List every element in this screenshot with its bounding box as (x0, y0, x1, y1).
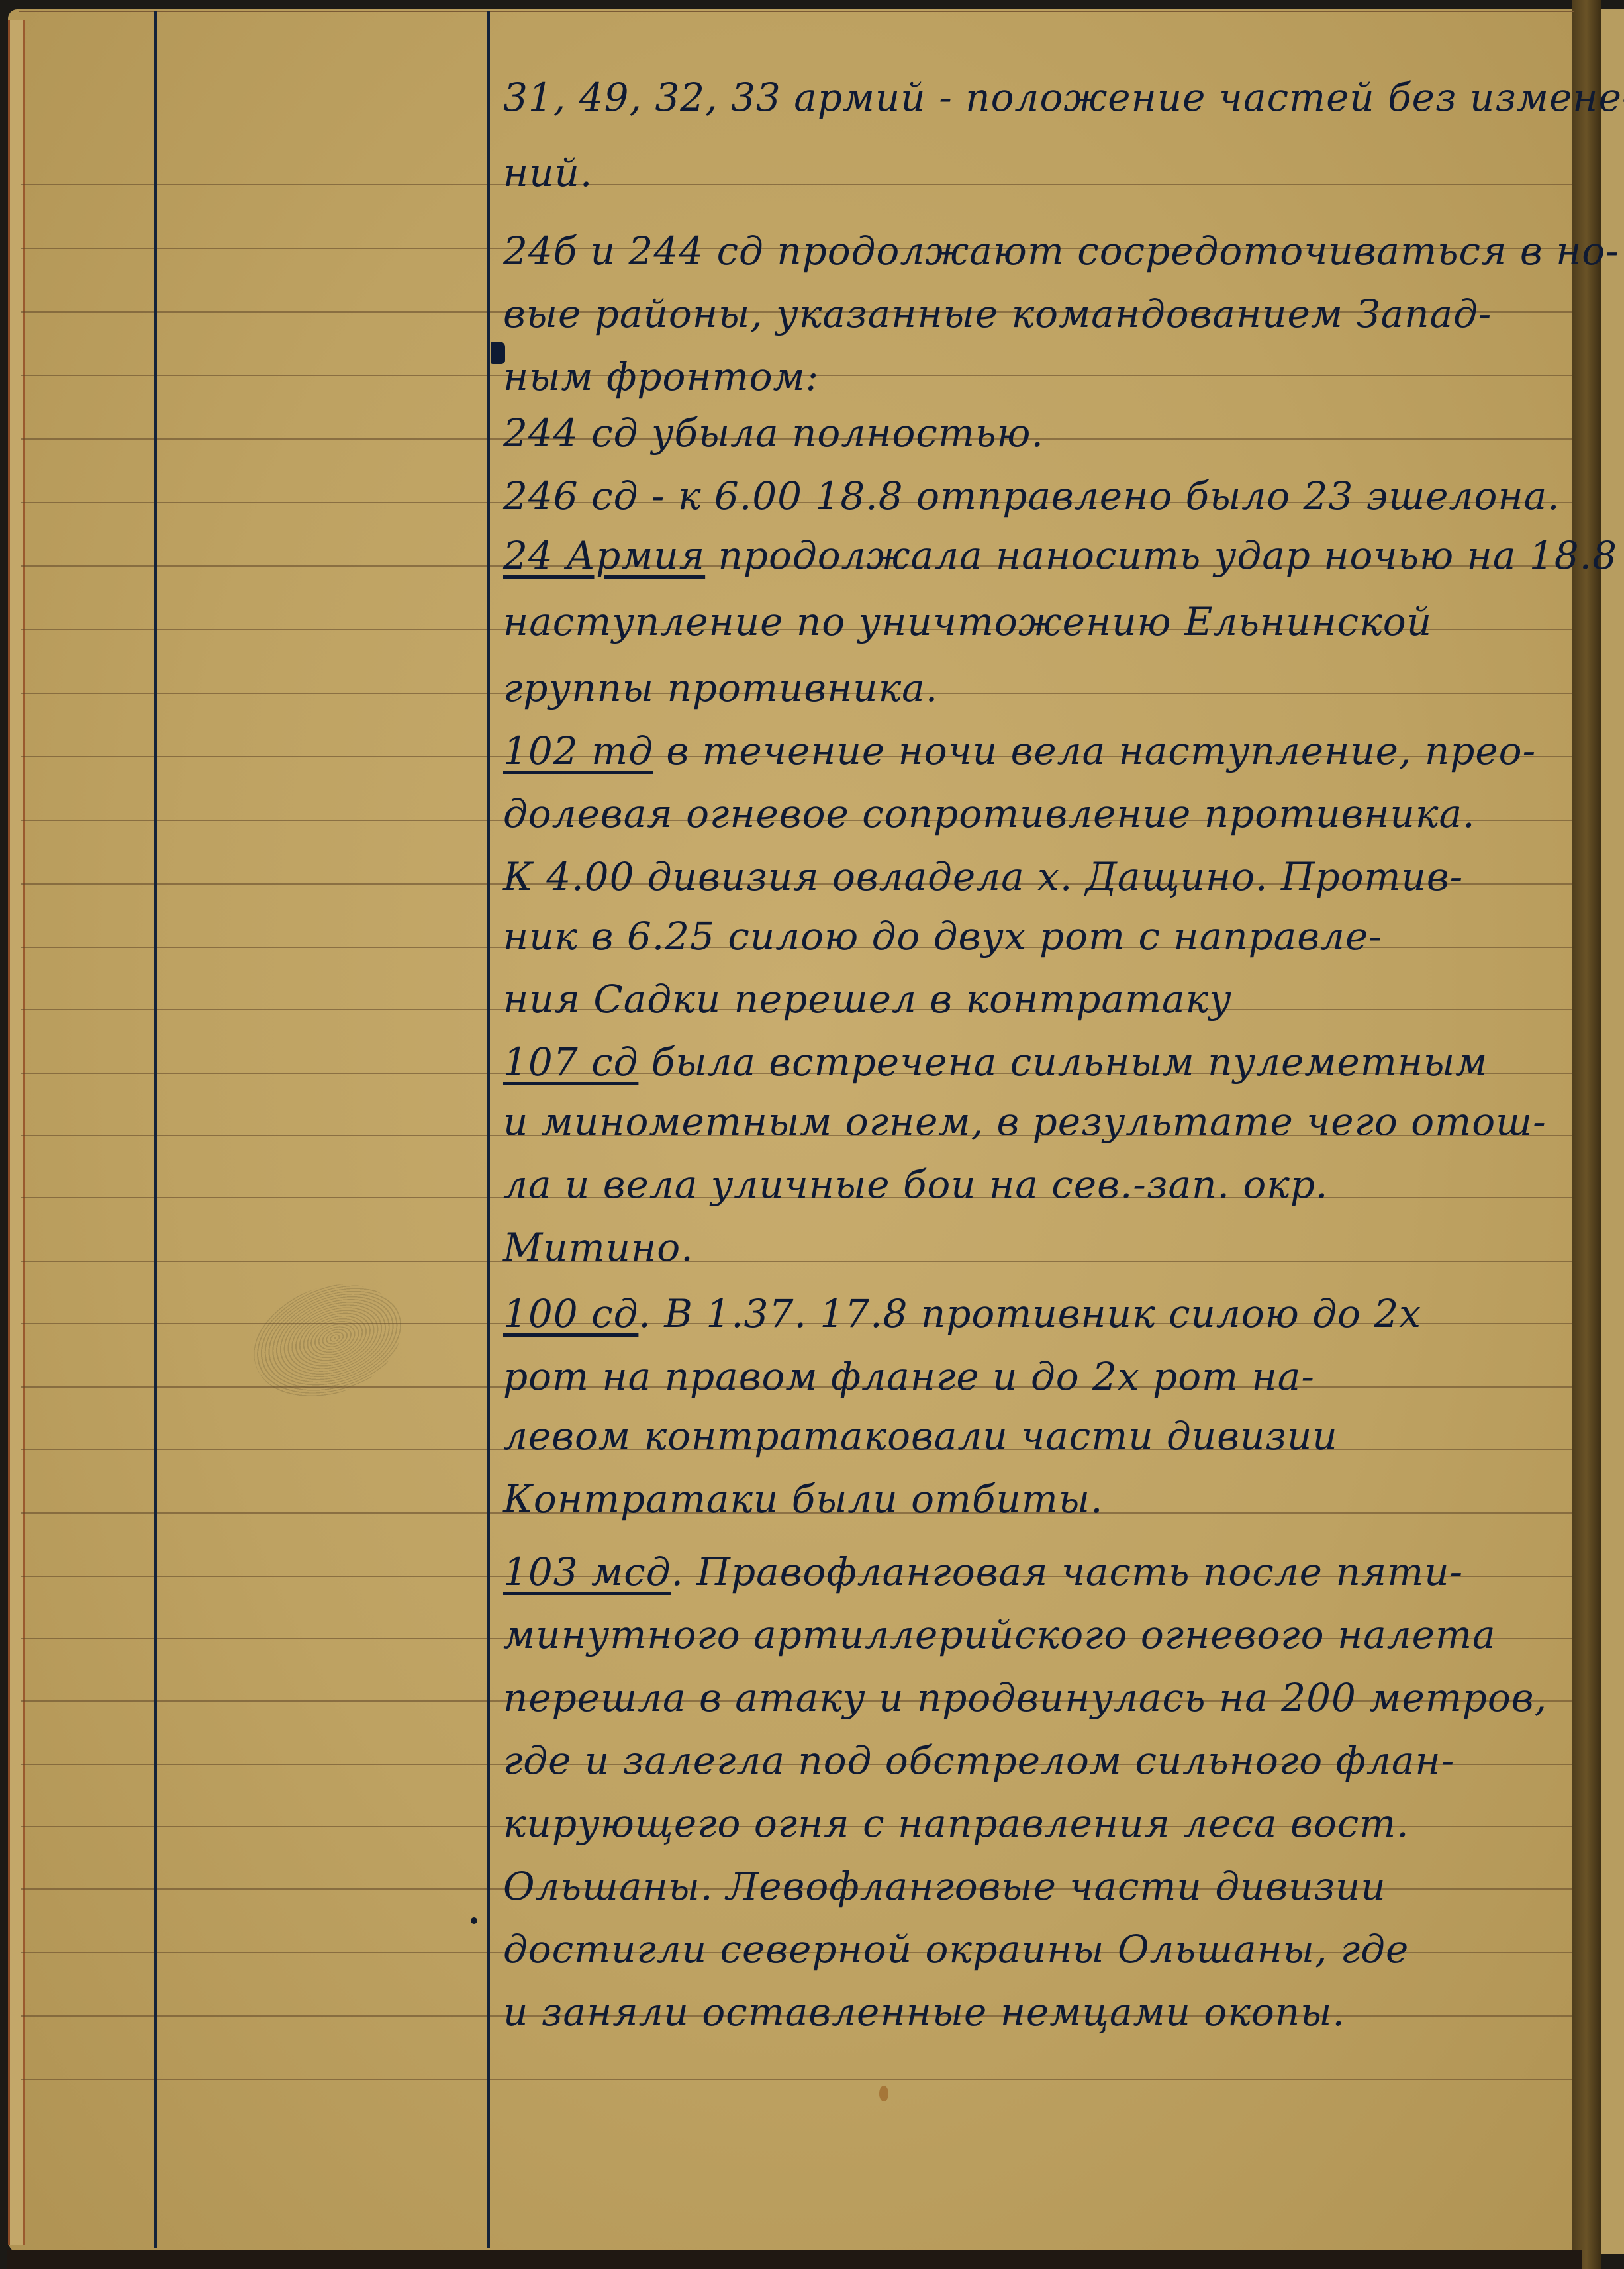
handwritten-line: Ольшаны. Левофланговые части дивизии (503, 1867, 1386, 1906)
line-text: 31, 49, 32, 33 армий - положение частей … (503, 75, 1624, 120)
line-text: вые районы, указанные командованием Запа… (503, 291, 1492, 336)
line-text: кирующего огня с направления леса вост. (503, 1801, 1409, 1846)
handwritten-line: рот на правом фланге и до 2х рот на- (503, 1357, 1315, 1396)
handwritten-line: ния Садки перешел в контратаку (503, 980, 1232, 1018)
line-text: ла и вела уличные бои на сев.-зап. окр. (503, 1162, 1328, 1207)
handwritten-line: 103 мсд. Правофланговая часть после пяти… (503, 1553, 1463, 1591)
line-text: продолжала наносить удар ночью на 18.8 (705, 533, 1617, 578)
handwritten-line: кирующего огня с направления леса вост. (503, 1804, 1409, 1843)
line-text: группы противника. (503, 665, 938, 710)
line-text: и минометным огнем, в результате чего от… (503, 1099, 1547, 1144)
handwritten-line: ний. (503, 154, 593, 192)
handwritten-line: ник в 6.25 силою до двух рот с направле- (503, 917, 1382, 955)
handwritten-line: 24б и 244 сд продолжают сосредоточиватьс… (503, 232, 1619, 270)
line-text: . Правофланговая часть после пяти- (671, 1549, 1463, 1594)
line-text: долевая огневое сопротивление противника… (503, 791, 1476, 836)
next-page-edge (1601, 9, 1624, 2254)
underlined-unit-name: 103 мсд (503, 1549, 671, 1594)
handwritten-line: ным фронтом: (503, 358, 819, 396)
handwritten-line: 24 Армия продолжала наносить удар ночью … (503, 536, 1617, 575)
handwritten-line: наступление по уничтожению Ельнинской (503, 603, 1432, 641)
line-text: и заняли оставленные немцами окопы. (503, 1990, 1345, 2035)
ink-dot (471, 1917, 477, 1924)
line-text: 246 сд - к 6.00 18.8 отправлено было 23 … (503, 473, 1560, 518)
handwritten-line: где и залегла под обстрелом сильного фла… (503, 1741, 1455, 1780)
underlined-unit-name: 107 сд (503, 1039, 638, 1085)
line-text: Контратаки были отбиты. (503, 1476, 1103, 1521)
line-text: . В 1.37. 17.8 противник силою до 2х (638, 1291, 1421, 1336)
line-text: перешла в атаку и продвинулась на 200 ме… (503, 1675, 1547, 1720)
handwritten-line: и минометным огнем, в результате чего от… (503, 1102, 1547, 1141)
line-text: 244 сд убыла полностью. (503, 410, 1044, 456)
page-top-border (19, 11, 1574, 12)
handwritten-line: левом контратаковали части дивизии (503, 1417, 1338, 1455)
line-text: левом контратаковали части дивизии (503, 1414, 1338, 1459)
page-stack-edge (8, 20, 25, 2245)
line-text: достигли северной окраины Ольшаны, где (503, 1927, 1409, 1972)
handwritten-line: достигли северной окраины Ольшаны, где (503, 1930, 1409, 1968)
line-text: ным фронтом: (503, 354, 819, 399)
book-binding-gutter (1572, 0, 1601, 2269)
handwritten-line: 100 сд. В 1.37. 17.8 противник силою до … (503, 1294, 1421, 1333)
ruled-line (21, 1261, 1572, 1262)
page-bottom-edge (7, 2250, 1582, 2269)
underlined-unit-name: 100 сд (503, 1291, 638, 1336)
handwritten-line: К 4.00 дивизия овладела х. Дащино. Проти… (503, 857, 1463, 896)
handwritten-line: минутного артиллерийского огневого налет… (503, 1616, 1496, 1654)
handwritten-line: Контратаки были отбиты. (503, 1480, 1103, 1518)
handwritten-line: 31, 49, 32, 33 армий - положение частей … (503, 78, 1624, 117)
line-text: в течение ночи вела наступление, прео- (653, 728, 1536, 773)
underlined-unit-name: 102 тд (503, 728, 653, 773)
handwritten-line: ла и вела уличные бои на сев.-зап. окр. (503, 1165, 1328, 1204)
line-text: 24б и 244 сд продолжают сосредоточиватьс… (503, 228, 1619, 273)
line-text: минутного артиллерийского огневого налет… (503, 1612, 1496, 1657)
line-text: была встречена сильным пулеметным (638, 1039, 1488, 1085)
handwritten-line: долевая огневое сопротивление противника… (503, 795, 1476, 833)
line-text: Ольшаны. Левофланговые части дивизии (503, 1864, 1386, 1909)
underlined-unit-name: 24 Армия (503, 533, 705, 578)
handwritten-line: 246 сд - к 6.00 18.8 отправлено было 23 … (503, 477, 1560, 515)
column-divider-date (154, 11, 157, 2248)
line-text: Митино. (503, 1225, 694, 1270)
handwritten-line: Митино. (503, 1228, 694, 1267)
handwritten-line: 244 сд убыла полностью. (503, 414, 1044, 452)
handwritten-line: вые районы, указанные командованием Запа… (503, 295, 1492, 333)
paper-stain (879, 2086, 888, 2101)
ruled-line (21, 2079, 1572, 2080)
handwritten-line: и заняли оставленные немцами окопы. (503, 1993, 1345, 2031)
handwritten-line: 107 сд была встречена сильным пулеметным (503, 1043, 1488, 1081)
ruled-line (21, 184, 1572, 185)
line-text: где и залегла под обстрелом сильного фла… (503, 1738, 1455, 1783)
line-text: ния Садки перешел в контратаку (503, 977, 1232, 1022)
line-text: наступление по уничтожению Ельнинской (503, 599, 1432, 644)
column-divider-time (487, 11, 490, 2248)
handwritten-line: перешла в атаку и продвинулась на 200 ме… (503, 1678, 1547, 1717)
handwritten-line: 102 тд в течение ночи вела наступление, … (503, 732, 1536, 770)
line-text: ний. (503, 150, 593, 195)
line-text: рот на правом фланге и до 2х рот на- (503, 1354, 1315, 1399)
line-text: ник в 6.25 силою до двух рот с направле- (503, 914, 1382, 959)
handwritten-line: группы противника. (503, 669, 938, 707)
line-text: К 4.00 дивизия овладела х. Дащино. Проти… (503, 854, 1463, 899)
